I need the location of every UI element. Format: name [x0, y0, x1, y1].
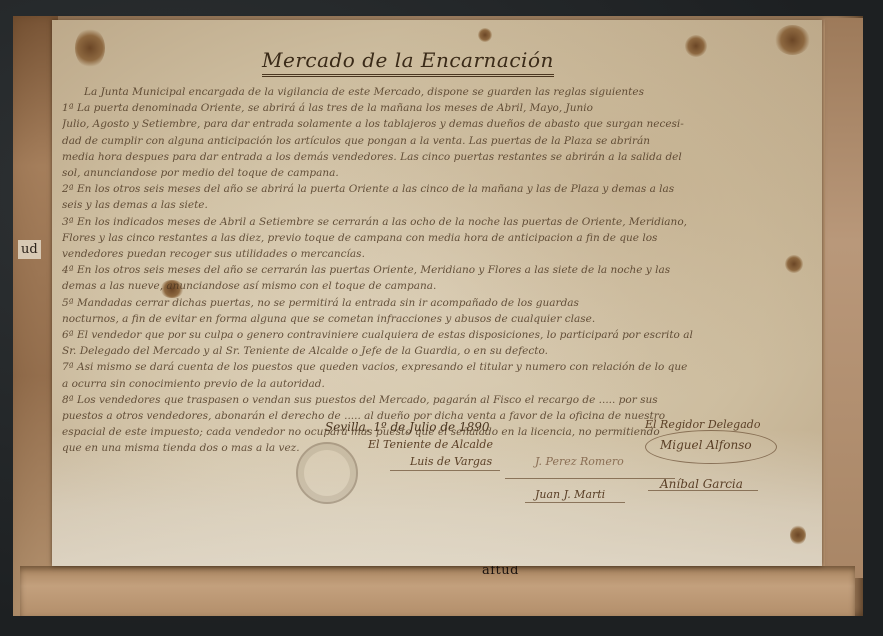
backing-label-side: ud [18, 240, 41, 259]
body-line: vendedores puedan recoger sus utilidades… [62, 246, 812, 262]
body-line: nocturnos, a fin de evitar en forma algu… [62, 311, 812, 327]
body-line: dad de cumplir con alguna anticipación l… [62, 133, 812, 149]
document-title: Mercado de la Encarnación [262, 48, 554, 77]
paper-damage-spot [790, 525, 806, 545]
body-line: media hora despues para dar entrada a lo… [62, 149, 812, 165]
signature-name: Aníbal Garcia [660, 477, 743, 491]
body-line: a ocurra sin conocimiento previo de la a… [62, 376, 812, 392]
body-line: 7ª Asi mismo se dará cuenta de los puest… [62, 359, 812, 375]
signature-role: El Regidor Delegado [645, 418, 760, 431]
signature-role: El Teniente de Alcalde [368, 438, 493, 451]
body-line: 6ª El vendedor que por su culpa o genero… [62, 327, 812, 343]
body-line: seis y las demas a las siete. [62, 197, 812, 213]
paper-damage-spot [478, 28, 492, 42]
body-line: Flores y las cinco restantes a las diez,… [62, 230, 812, 246]
body-line: 2ª En los otros seis meses del año se ab… [62, 181, 812, 197]
official-seal-stamp [296, 442, 358, 504]
place-and-date: Sevilla, 1º de Julio de 1890 [325, 420, 489, 434]
signature-underline [648, 490, 758, 491]
backing-paper-right [825, 18, 863, 578]
body-line: 8ª Los vendedores que traspasen o vendan… [62, 392, 812, 408]
signature-name: Miguel Alfonso [660, 438, 752, 452]
body-line: 5ª Mandadas cerrar dichas puertas, no se… [62, 295, 812, 311]
signature-name: Juan J. Marti [535, 488, 605, 501]
body-line: sol, anunciandose por medio del toque de… [62, 165, 812, 181]
body-line: demas a las nueve, anunciandose así mism… [62, 278, 812, 294]
body-line: 4ª En los otros seis meses del año se ce… [62, 262, 812, 278]
signature-name: J. Perez Romero [535, 455, 624, 468]
paper-damage-spot [775, 25, 810, 55]
signature-name: Luis de Vargas [410, 455, 492, 468]
signature-underline [505, 478, 675, 479]
body-line: La Junta Municipal encargada de la vigil… [62, 84, 812, 100]
body-line: 1ª La puerta denominada Oriente, se abri… [62, 100, 812, 116]
document-body: La Junta Municipal encargada de la vigil… [62, 84, 812, 457]
paper-damage-spot [75, 28, 105, 68]
signature-underline [390, 470, 500, 471]
body-line: Julio, Agosto y Setiembre, para dar entr… [62, 116, 812, 132]
paper-damage-spot [685, 35, 707, 57]
body-line: Sr. Delegado del Mercado y al Sr. Tenien… [62, 343, 812, 359]
signature-underline [525, 502, 625, 503]
body-line: 3ª En los indicados meses de Abril a Set… [62, 214, 812, 230]
bottom-backing-flap [20, 566, 855, 616]
